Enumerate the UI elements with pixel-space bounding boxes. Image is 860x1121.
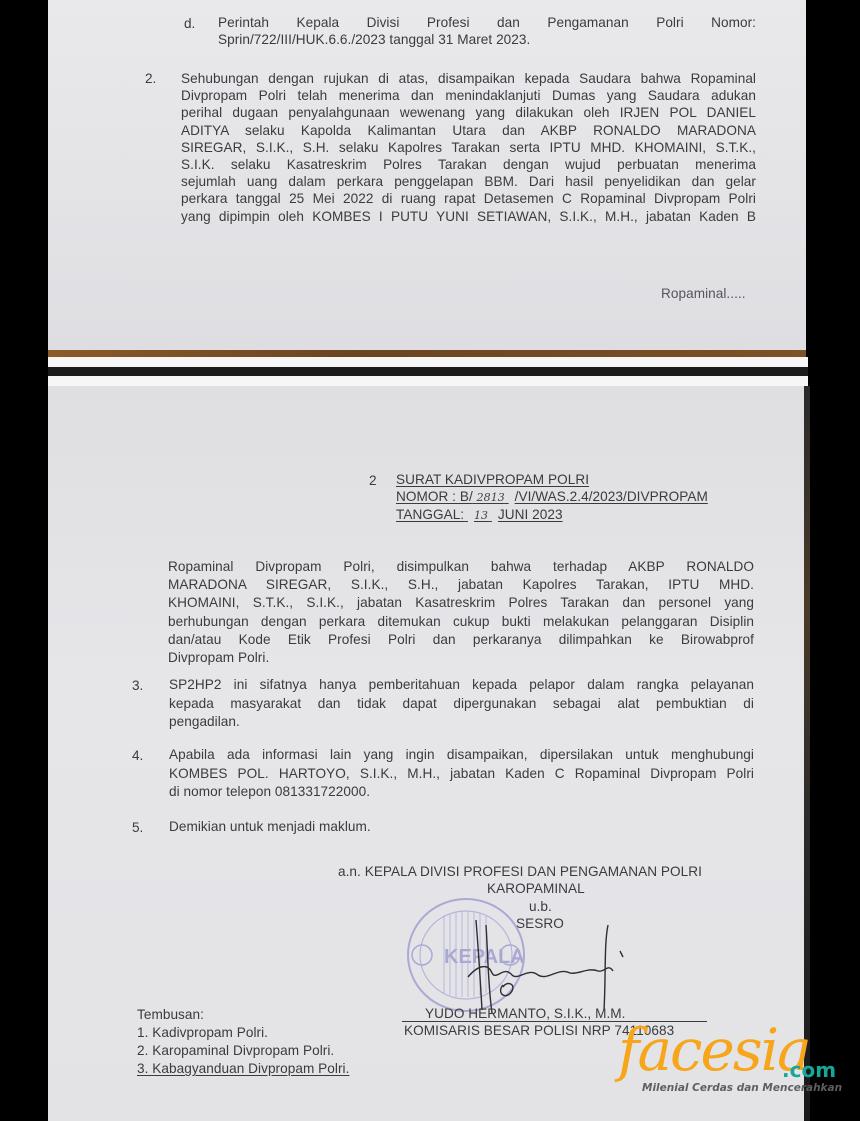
paragraph-line: KHOMAINI, S.T.K., S.I.K., jabatan Kasatr… [168, 594, 754, 612]
paragraph-line: SIREGAR, S.I.K., S.H. selaku Kapolres Ta… [181, 139, 756, 157]
paragraph-line: perkara tanggal 25 Mei 2022 di ruang rap… [181, 190, 756, 208]
paragraph-line: berhubungan dengan perkara ditemukan cuk… [168, 613, 754, 631]
tembusan-item: 3. Kabagyanduan Divpropam Polri. [137, 1060, 349, 1078]
paragraph-line: yang dipimpin oleh KOMBES I PUTU YUNI SE… [181, 208, 756, 226]
tembusan-item: 1. Kadivpropam Polri. [137, 1024, 268, 1042]
paragraph-line: di nomor telepon 081331722000. [169, 783, 370, 801]
item-d-line-2: Sprin/722/III/HUK.6.6./2023 tanggal 31 M… [218, 31, 530, 49]
paragraph-line: ADITYA selaku Kapolda Kalimantan Utara d… [181, 122, 756, 140]
paragraph-line: sejumlah uang dalam perkara penggelapan … [181, 173, 756, 191]
paragraph-line: Ropaminal Divpropam Polri, disimpulkan b… [168, 558, 754, 576]
paragraph-line: pengadilan. [169, 713, 240, 731]
page-edge [48, 350, 806, 357]
paragraph-line: Divpropam Polri telah menerima dan menin… [181, 87, 756, 105]
paragraph-line: kepada masyarakat dan tidak dapat diperg… [169, 695, 754, 713]
paragraph-line: perihal dugaan penyalahgunaan wewenang y… [181, 104, 756, 122]
paragraph-line: SP2HP2 ini sifatnya hanya pemberitahuan … [169, 676, 754, 694]
paragraph-line: Sehubungan dengan rujukan di atas, disam… [181, 70, 756, 88]
paragraph-line: S.I.K. selaku Kasatreskrim Polres Taraka… [181, 156, 756, 174]
item-marker: 4. [132, 748, 143, 763]
item-marker: 5. [132, 820, 143, 835]
item-d-line-1: Perintah Kepala Divisi Profesi dan Penga… [218, 14, 756, 32]
watermark-tagline: Milenial Cerdas dan Mencerahkan [642, 1082, 842, 1094]
nomor-suffix: /VI/WAS.2.4/2023/DIVPROPAM [515, 489, 708, 504]
paragraph-line: Demikian untuk menjadi maklum. [169, 818, 371, 836]
separator [48, 367, 808, 376]
separator [48, 376, 808, 386]
facesia-watermark: facesia .com Milenial Cerdas dan Mencera… [618, 1018, 848, 1108]
reference-number: 2 [369, 473, 377, 488]
signature-icon [448, 915, 648, 1015]
continuation-text: Ropaminal..... [661, 285, 746, 303]
tembusan-item: 2. Karopaminal Divpropam Polri. [137, 1042, 334, 1060]
reference-nomor: NOMOR : B/ 2813 /VI/WAS.2.4/2023/DIVPROP… [396, 488, 708, 507]
paragraph-line: Apabila ada informasi lain yang ingin di… [169, 746, 754, 764]
nomor-label: NOMOR : B/ [396, 489, 473, 504]
reference-tanggal: TANGGAL: 13 JUNI 2023 [396, 506, 563, 525]
nomor-handwritten: 2813 [477, 491, 505, 504]
item-marker: 3. [132, 678, 143, 693]
tanggal-suffix: JUNI 2023 [498, 507, 563, 522]
signature-on-behalf: a.n. KEPALA DIVISI PROFESI DAN PENGAMANA… [338, 863, 702, 881]
tanggal-label: TANGGAL: [396, 507, 464, 522]
paragraph-line: MARADONA SIREGAR, S.I.K., S.H., jabatan … [168, 576, 754, 594]
watermark-brand: facesia [618, 1020, 810, 1080]
item-2-marker: 2. [145, 71, 156, 86]
item-d-marker: d. [184, 16, 195, 31]
reference-title: SURAT KADIVPROPAM POLRI [396, 471, 589, 489]
paragraph-line: Divpropam Polri. [168, 649, 269, 667]
page-edge [804, 386, 810, 1121]
tanggal-handwritten: 13 [474, 509, 488, 522]
tembusan-label: Tembusan: [137, 1006, 204, 1024]
paragraph-line: dan/atau Kode Etik Profesi Polri dan per… [168, 631, 754, 649]
separator [48, 357, 808, 367]
watermark-domain: .com [782, 1058, 836, 1082]
paragraph-line: KOMBES POL. HARTOYO, S.I.K., M.H., jabat… [169, 765, 754, 783]
